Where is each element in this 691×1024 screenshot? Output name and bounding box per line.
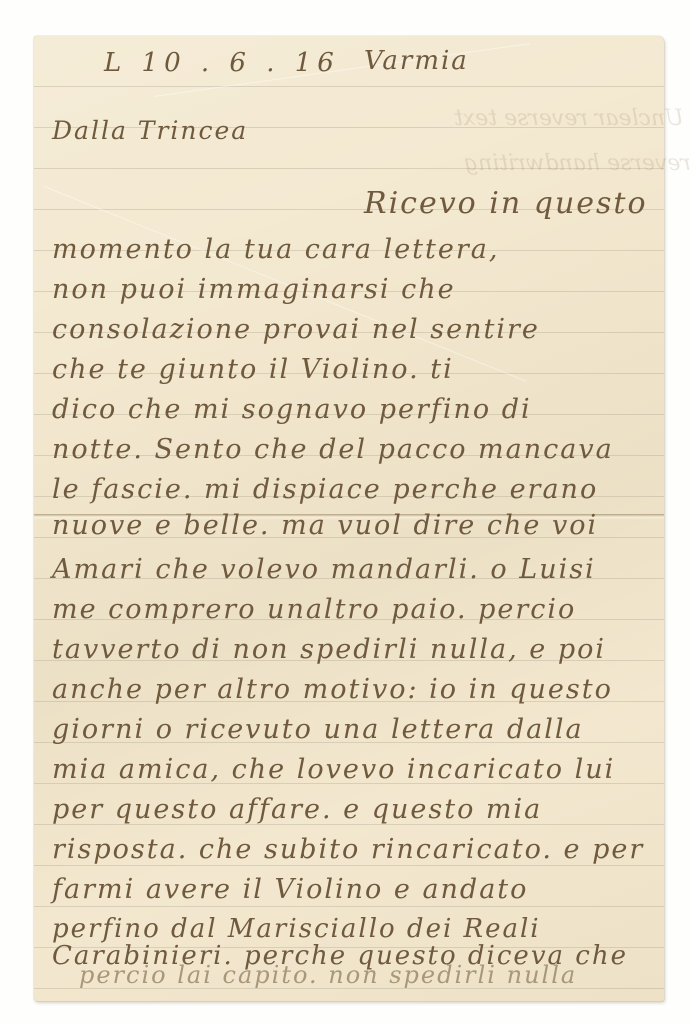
letter-line: tavverto di non spedirli nulla, e poi — [52, 634, 606, 665]
letter-line: risposta. che subito rincaricato. e per — [52, 834, 644, 865]
bleed-through-text: Unclear reverse text — [454, 106, 684, 131]
letter-line: consolazione provai nel sentire — [52, 314, 540, 345]
letter-salutation: Dalla Trincea — [52, 116, 248, 145]
letter-line: le fascie. mi dispiace perche erano — [52, 474, 598, 505]
letter-line: per questo affare. e questo mia — [52, 794, 542, 825]
letter-page: Unclear reverse text reverse handwriting… — [34, 36, 664, 1001]
letter-line: mia amica, che lovevo incaricato lui — [52, 754, 615, 785]
letter-line: Amari che volevo mandarli. o Luisi — [52, 554, 596, 585]
letter-line: giorni o ricevuto una lettera dalla — [52, 714, 584, 745]
letter-line: farmi avere il Violino e andato — [52, 874, 528, 905]
letter-line: dico che mi sognavo perfino di — [52, 394, 532, 425]
letter-line: Ricevo in questo — [364, 186, 648, 221]
bleed-through-text: reverse handwriting — [464, 151, 691, 176]
letter-line: percio lai capito. non spedirli nulla — [79, 961, 577, 989]
letter-line: momento la tua cara lettera, — [52, 234, 499, 265]
letter-line: non puoi immaginarsi che — [52, 274, 456, 305]
letter-line: nuove e belle. ma vuol dire che voi — [52, 510, 598, 541]
letter-line: anche per altro motivo: io in questo — [52, 674, 613, 705]
letter-date: L 10 . 6 . 16 — [104, 48, 340, 78]
letter-place: Varmia — [364, 46, 469, 76]
letter-line: me comprero unaltro paio. percio — [52, 594, 576, 625]
letter-line: perfino dal Marisciallo dei Reali — [52, 914, 541, 944]
letter-line: notte. Sento che del pacco mancava — [52, 434, 614, 465]
letter-line: che te giunto il Violino. ti — [52, 354, 454, 385]
